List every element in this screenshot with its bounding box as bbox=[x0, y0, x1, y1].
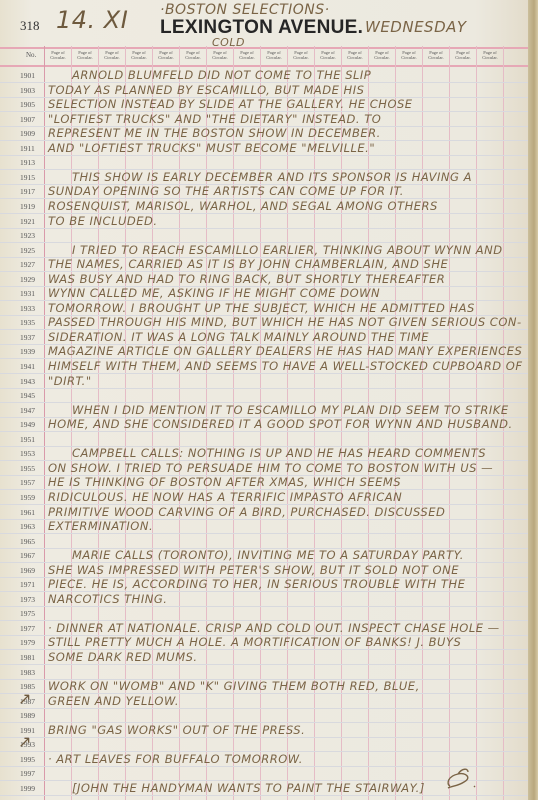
journal-line: She was impressed with Peter's show, but… bbox=[48, 563, 459, 577]
row-number: 1957 bbox=[20, 478, 44, 487]
row-number: 1925 bbox=[20, 246, 44, 255]
row-number: 1969 bbox=[20, 566, 44, 575]
journal-line: ridiculous. He now has a terrific impast… bbox=[48, 490, 402, 504]
journal-line: Bring "Gas Works" out of the press. bbox=[48, 723, 305, 737]
row-number: 1949 bbox=[20, 420, 44, 429]
journal-line: on show. I tried to persuade him to come… bbox=[48, 461, 493, 475]
row-number: 1941 bbox=[20, 362, 44, 371]
handwritten-weekday: WEDNESDAY bbox=[365, 18, 467, 36]
row-number: 1911 bbox=[20, 144, 44, 153]
row-rule bbox=[0, 606, 528, 607]
row-number: 1955 bbox=[20, 464, 44, 473]
column-header-no: No. bbox=[26, 51, 36, 59]
journal-line: Rosenquist, Marisol, Warhol, and Segal a… bbox=[48, 199, 438, 213]
journal-line: Wynn called me, asking if he might come … bbox=[48, 286, 380, 300]
row-number: 1963 bbox=[20, 522, 44, 531]
row-rule bbox=[0, 533, 528, 534]
journal-line: tomorrow. I brought up the subject, whic… bbox=[48, 301, 475, 315]
journal-line: "dirt." bbox=[48, 374, 92, 388]
column-header-page-of-circular: Page of Circular. bbox=[45, 50, 71, 60]
journal-line: Work on "Womb" and "K" giving them both … bbox=[48, 679, 420, 693]
row-number: 1901 bbox=[20, 71, 44, 80]
row-number: 1999 bbox=[20, 784, 44, 793]
row-number: 1915 bbox=[20, 173, 44, 182]
row-number: 1935 bbox=[20, 318, 44, 327]
ledger-page: 318 14. XI ·BOSTON SELECTIONS· LEXINGTON… bbox=[0, 0, 528, 800]
row-rule bbox=[0, 737, 528, 738]
row-number: 1937 bbox=[20, 333, 44, 342]
row-number: 1983 bbox=[20, 668, 44, 677]
column-header-page-of-circular: Page of Circular. bbox=[207, 50, 233, 60]
row-number: 1905 bbox=[20, 100, 44, 109]
row-number: 1997 bbox=[20, 769, 44, 778]
column-header-page-of-circular: Page of Circular. bbox=[153, 50, 179, 60]
row-number: 1939 bbox=[20, 347, 44, 356]
handwritten-title-note: ·BOSTON SELECTIONS· bbox=[160, 2, 330, 18]
journal-line: This show is early December and its spon… bbox=[72, 170, 472, 184]
journal-line: still pretty much a hole. A mortificatio… bbox=[48, 635, 461, 649]
journal-line: Arnold Blumfeld did not come to the slip bbox=[72, 68, 371, 82]
journal-line: extermination. bbox=[48, 519, 153, 533]
row-number: 1975 bbox=[20, 609, 44, 618]
journal-line: "Loftiest Trucks" and "The Dietary" inst… bbox=[48, 112, 381, 126]
row-number: 1917 bbox=[20, 187, 44, 196]
journal-line: to be included. bbox=[48, 214, 158, 228]
row-number: 1923 bbox=[20, 231, 44, 240]
column-header-page-of-circular: Page of Circular. bbox=[234, 50, 260, 60]
row-number: 1931 bbox=[20, 289, 44, 298]
column-header-page-of-circular: Page of Circular. bbox=[261, 50, 287, 60]
journal-line: home, and she considered it a good spot … bbox=[48, 417, 513, 431]
column-header-page-of-circular: Page of Circular. bbox=[99, 50, 125, 60]
row-number: 1933 bbox=[20, 304, 44, 313]
row-number: 1947 bbox=[20, 406, 44, 415]
journal-line: primitive wood carving of a bird, purcha… bbox=[48, 505, 445, 519]
column-header-page-of-circular: Page of Circular. bbox=[72, 50, 98, 60]
journal-line: some dark red mums. bbox=[48, 650, 198, 664]
column-header-page-of-circular: Page of Circular. bbox=[396, 50, 422, 60]
column-header-page-of-circular: Page of Circular. bbox=[315, 50, 341, 60]
journal-line: I tried to reach Escamillo earlier, thin… bbox=[72, 243, 503, 257]
journal-line: [John the handyman wants to paint the st… bbox=[72, 781, 425, 795]
row-rule bbox=[0, 388, 528, 389]
row-number: 1909 bbox=[20, 129, 44, 138]
row-number: 1927 bbox=[20, 260, 44, 269]
row-rule bbox=[0, 431, 528, 432]
margin-arrow-icon: ↗ bbox=[18, 732, 31, 751]
journal-line: magazine article on gallery dealers he h… bbox=[48, 344, 522, 358]
journal-line: passed through his mind, but which he ha… bbox=[48, 315, 522, 329]
journal-line: piece. He is, according to her, in serio… bbox=[48, 577, 465, 591]
column-header-page-of-circular: Page of Circular. bbox=[477, 50, 503, 60]
row-rule bbox=[0, 708, 528, 709]
row-number: 1961 bbox=[20, 508, 44, 517]
row-number: 1965 bbox=[20, 537, 44, 546]
row-number: 1907 bbox=[20, 115, 44, 124]
column-header-page-of-circular: Page of Circular. bbox=[342, 50, 368, 60]
row-number: 1919 bbox=[20, 202, 44, 211]
row-number: 1959 bbox=[20, 493, 44, 502]
journal-line: · Dinner at Nationale. Crisp and cold ou… bbox=[48, 621, 500, 635]
row-number: 1967 bbox=[20, 551, 44, 560]
column-header-page-of-circular: Page of Circular. bbox=[288, 50, 314, 60]
row-number: 1951 bbox=[20, 435, 44, 444]
column-header-page-of-circular: Page of Circular. bbox=[369, 50, 395, 60]
row-number: 1971 bbox=[20, 580, 44, 589]
column-header-page-of-circular: Page of Circular. bbox=[450, 50, 476, 60]
row-number: 1973 bbox=[20, 595, 44, 604]
journal-line: represent me in the Boston show in Decem… bbox=[48, 126, 381, 140]
signature-initials bbox=[442, 764, 482, 794]
row-rule bbox=[0, 664, 528, 665]
row-rule bbox=[0, 795, 528, 796]
row-number: 1977 bbox=[20, 624, 44, 633]
journal-line: he is thinking of Boston after Xmas, whi… bbox=[48, 475, 401, 489]
margin-arrow-icon: ↗ bbox=[18, 689, 31, 708]
row-rule bbox=[0, 155, 528, 156]
row-number: 1913 bbox=[20, 158, 44, 167]
row-number: 1945 bbox=[20, 391, 44, 400]
row-number: 1989 bbox=[20, 711, 44, 720]
journal-line: narcotics thing. bbox=[48, 592, 167, 606]
journal-line: sideration. It was a long talk mainly ar… bbox=[48, 330, 429, 344]
row-number: 1981 bbox=[20, 653, 44, 662]
row-number: 1979 bbox=[20, 638, 44, 647]
handwritten-date: 14. XI bbox=[56, 6, 128, 34]
column-header-page-of-circular: Page of Circular. bbox=[180, 50, 206, 60]
journal-line: Campbell calls: nothing is up and he has… bbox=[72, 446, 486, 460]
column-rule bbox=[44, 46, 45, 800]
column-header-page-of-circular: Page of Circular. bbox=[126, 50, 152, 60]
book-spine bbox=[528, 0, 538, 800]
row-number: 1953 bbox=[20, 449, 44, 458]
journal-line: And "Loftiest Trucks" must become "Melvi… bbox=[48, 141, 375, 155]
page-header: 318 14. XI ·BOSTON SELECTIONS· LEXINGTON… bbox=[0, 0, 528, 44]
row-number: 1929 bbox=[20, 275, 44, 284]
row-number: 1921 bbox=[20, 217, 44, 226]
journal-line: Marie calls (Toronto), inviting me to a … bbox=[72, 548, 464, 562]
journal-line: · Art leaves for Buffalo tomorrow. bbox=[48, 752, 303, 766]
journal-line: himself with them, and seems to have a w… bbox=[48, 359, 522, 373]
journal-line: the names, carried as it is by John Cham… bbox=[48, 257, 448, 271]
journal-line: Sunday opening so the artists can come u… bbox=[48, 184, 404, 198]
printed-street-heading: LEXINGTON AVENUE. bbox=[160, 17, 363, 39]
journal-line: When I did mention it to Escamillo my pl… bbox=[72, 403, 509, 417]
column-header-page-of-circular: Page of Circular. bbox=[423, 50, 449, 60]
journal-line: green and yellow. bbox=[48, 694, 179, 708]
journal-line: was busy and had to ring back, but short… bbox=[48, 272, 445, 286]
journal-line: selection instead by slide at the galler… bbox=[48, 97, 413, 111]
row-number: 1943 bbox=[20, 377, 44, 386]
row-number: 1903 bbox=[20, 86, 44, 95]
row-number: 1995 bbox=[20, 755, 44, 764]
row-rule bbox=[0, 228, 528, 229]
page-number: 318 bbox=[20, 18, 40, 34]
journal-line: today as planned by Escamillo, but made … bbox=[48, 83, 364, 97]
